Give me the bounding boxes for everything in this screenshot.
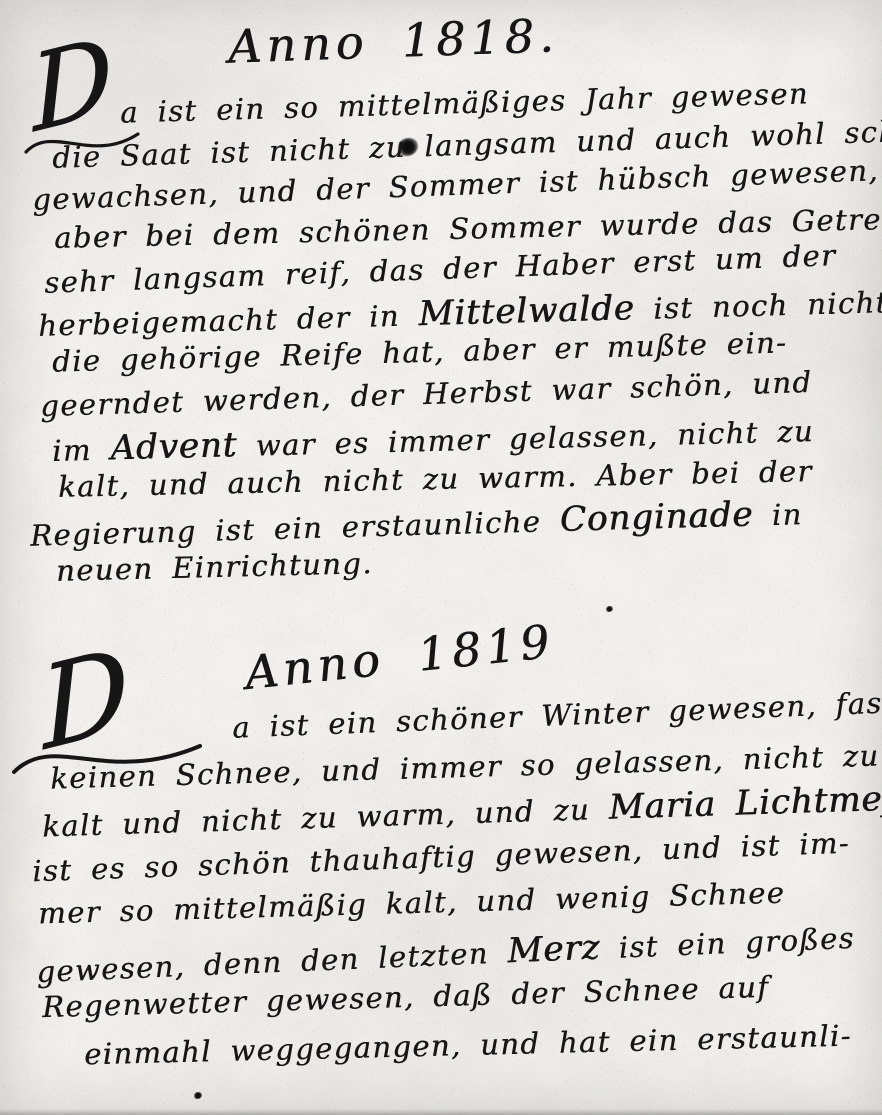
- latin-script-word: Merz: [506, 928, 600, 972]
- section-heading-1818: Anno 1818.: [227, 8, 559, 74]
- latin-script-word: Advent: [110, 425, 238, 468]
- drop-cap-glyph: D: [38, 645, 131, 757]
- section-heading-1819: Anno 1819: [242, 614, 557, 700]
- latin-script-word: Conginade: [559, 495, 754, 540]
- ink-speck: [606, 606, 613, 612]
- manuscript-line: a ist ein schöner Winter gewesen, fast: [232, 685, 882, 744]
- manuscript-line: neuen Einrichtung.: [56, 546, 373, 588]
- drop-cap-d-1818: D: [30, 44, 113, 127]
- scan-edge-shadow: [0, 1109, 882, 1115]
- latin-script-word: Mittelwalde: [418, 288, 635, 334]
- ink-speck: [194, 1092, 202, 1099]
- manuscript-line: Regierung ist ein erstaunliche Conginade…: [30, 493, 803, 555]
- manuscript-line: einmahl weggegangen, und hat ein erstaun…: [84, 1019, 852, 1072]
- manuscript-page: Anno 1818. D a ist ein so mittelmäßiges …: [0, 0, 882, 1115]
- drop-cap-d-1819: D: [40, 656, 130, 746]
- latin-script-word: Maria Lichtmeß: [608, 778, 882, 827]
- drop-cap-glyph: D: [28, 33, 115, 137]
